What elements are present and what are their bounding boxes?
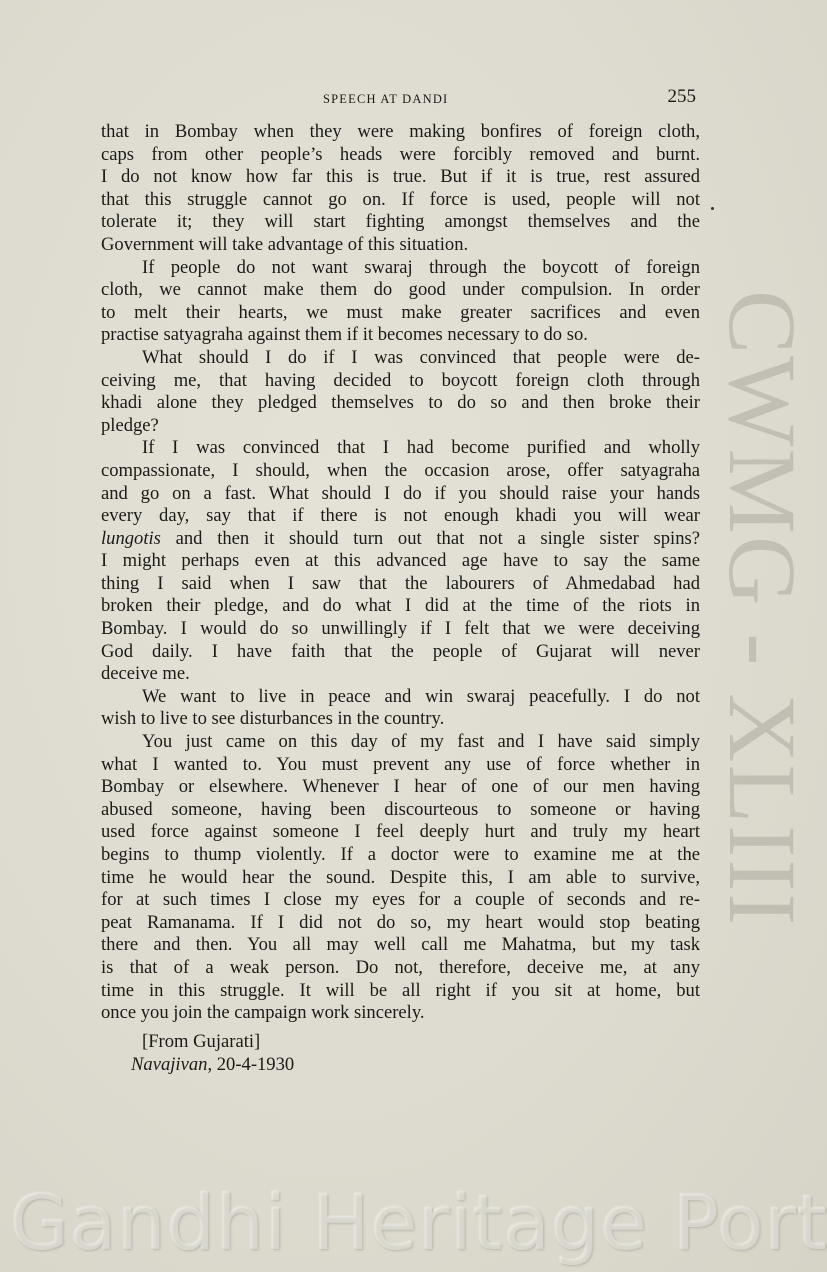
text-line: that this struggle cannot go on. If forc… xyxy=(101,189,700,212)
text-line: We want to live in peace and win swaraj … xyxy=(101,686,700,709)
text-line: for at such times I close my eyes for a … xyxy=(101,889,700,912)
text-line: I might perhaps even at this advanced ag… xyxy=(101,550,700,573)
text-line: time in this struggle. It will be all ri… xyxy=(101,980,700,1003)
text-line: You just came on this day of my fast and… xyxy=(101,731,700,754)
citation-publication: Navajivan xyxy=(131,1054,207,1075)
text-line: practise satyagraha against them if it b… xyxy=(101,324,700,347)
text-line: pledge? xyxy=(101,415,700,438)
text-line: Bombay or elsewhere. Whenever I hear of … xyxy=(101,776,700,799)
text-line: to melt their hearts, we must make great… xyxy=(101,302,700,325)
source-note: [From Gujarati] xyxy=(142,1031,260,1054)
text-line: Bombay. I would do so unwillingly if I f… xyxy=(101,618,700,641)
text-line: caps from other people’s heads were forc… xyxy=(101,144,700,167)
text-line: abused someone, having been discourteous… xyxy=(101,799,700,822)
text-line: compassionate, I should, when the occasi… xyxy=(101,460,700,483)
text-line: ceiving me, that having decided to boyco… xyxy=(101,370,700,393)
text-line: If people do not want swaraj through the… xyxy=(101,257,700,280)
text-line: What should I do if I was convinced that… xyxy=(101,347,700,370)
text-line: that in Bombay when they were making bon… xyxy=(101,121,700,144)
citation-date: , 20-4-1930 xyxy=(207,1054,294,1075)
body-text: that in Bombay when they were making bon… xyxy=(101,121,700,1025)
text-line: used force against someone I feel deeply… xyxy=(101,821,700,844)
text-line: God daily. I have faith that the people … xyxy=(101,641,700,664)
text-line: broken their pledge, and do what I did a… xyxy=(101,595,700,618)
text-line: once you join the campaign work sincerel… xyxy=(101,1002,700,1025)
text-line: cloth, we cannot make them do good under… xyxy=(101,279,700,302)
text-line: Government will take advantage of this s… xyxy=(101,234,700,257)
margin-speck xyxy=(711,207,714,210)
page-number: 255 xyxy=(668,86,697,108)
bottom-watermark: Gandhi Heritage Portal xyxy=(10,1178,827,1267)
text-line: is that of a weak person. Do not, theref… xyxy=(101,957,700,980)
text-line: tolerate it; they will start fighting am… xyxy=(101,211,700,234)
text-line: peat Ramanama. If I did not do so, my he… xyxy=(101,912,700,935)
document-page: SPEECH AT DANDI 255 that in Bombay when … xyxy=(0,0,827,1272)
side-watermark: CWMG - XLIII xyxy=(707,290,818,927)
text-line: I do not know how far this is true. But … xyxy=(101,166,700,189)
text-line: thing I said when I saw that the laboure… xyxy=(101,573,700,596)
text-line: khadi alone they pledged themselves to d… xyxy=(101,392,700,415)
text-line: time he would hear the sound. Despite th… xyxy=(101,867,700,890)
text-line: there and then. You all may well call me… xyxy=(101,934,700,957)
text-line: deceive me. xyxy=(101,663,700,686)
running-head: SPEECH AT DANDI 255 xyxy=(101,88,700,110)
text-line: what I wanted to. You must prevent any u… xyxy=(101,754,700,777)
text-line: lungotis and then it should turn out tha… xyxy=(101,528,700,551)
running-title: SPEECH AT DANDI xyxy=(323,92,448,107)
italic-term: lungotis xyxy=(101,528,161,549)
text-line: and go on a fast. What should I do if yo… xyxy=(101,483,700,506)
text-line: begins to thump violently. If a doctor w… xyxy=(101,844,700,867)
text-line: wish to live to see disturbances in the … xyxy=(101,708,700,731)
text-line: If I was convinced that I had become pur… xyxy=(101,437,700,460)
text-line: every day, say that if there is not enou… xyxy=(101,505,700,528)
citation: Navajivan, 20-4-1930 xyxy=(131,1054,294,1077)
